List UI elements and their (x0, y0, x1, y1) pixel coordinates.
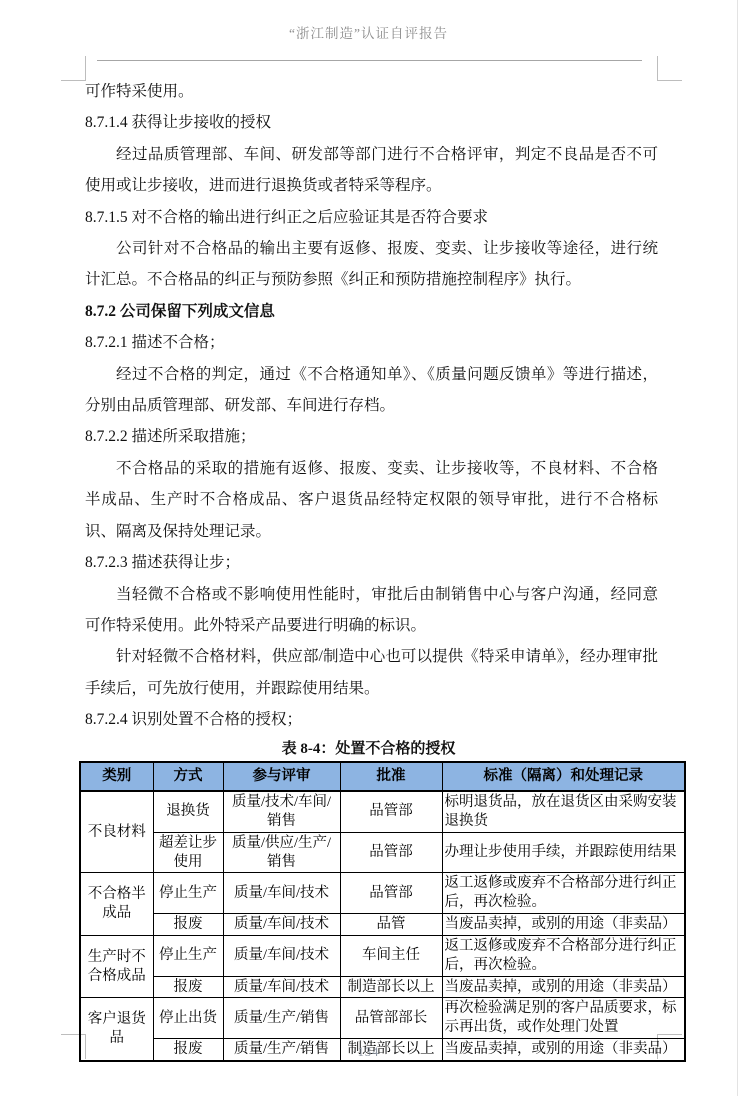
record-cell: 再次检验满足别的客户品质要求，标示再出货，或作处理门处置 (442, 998, 685, 1039)
header-cell-record: 标准（隔离）和处理记录 (442, 762, 685, 791)
section-8-7-1-5: 8.7.1.5 对不合格的输出进行纠正之后应验证其是否符合要求 (85, 202, 658, 233)
paragraph: 公司针对不合格品的输出主要有返修、报废、变卖、让步接收等途径，进行统计汇总。不合… (85, 233, 658, 296)
header-cell-approval: 批准 (340, 762, 442, 791)
table-caption: 表 8-4：处置不合格的授权 (0, 737, 737, 758)
paragraph: 可作特采使用。 (85, 76, 658, 107)
record-cell: 返工返修或废弃不合格部分进行纠正后，再次检验。 (442, 873, 685, 914)
approval-cell: 品管部部长 (340, 998, 442, 1039)
paragraph: 经过品质管理部、车间、研发部等部门进行不合格评审，判定不良品是否不可使用或让步接… (85, 139, 658, 202)
record-cell: 当废品卖掉，或别的用途（非卖品） (442, 976, 685, 998)
review-cell: 质量/车间/技术 (223, 873, 340, 914)
approval-cell: 品管部 (340, 832, 442, 873)
approval-cell: 车间主任 (340, 935, 442, 976)
table-header-row: 类别 方式 参与评审 批准 标准（隔离）和处理记录 (80, 762, 685, 791)
approval-cell: 品管部 (340, 873, 442, 914)
section-8-7-2-1: 8.7.2.1 描述不合格； (85, 327, 658, 358)
section-8-7-2-2: 8.7.2.2 描述所采取措施； (85, 421, 658, 452)
record-cell: 返工返修或废弃不合格部分进行纠正后，再次检验。 (442, 935, 685, 976)
review-cell: 质量/供应/生产/销售 (223, 832, 340, 873)
review-cell: 质量/车间/技术 (223, 935, 340, 976)
table-row: 超差让步使用 质量/供应/生产/销售 品管部 办理让步使用手续，并跟踪使用结果 (80, 832, 685, 873)
table-row: 报废 质量/车间/技术 品管 当废品卖掉，或别的用途（非卖品） (80, 914, 685, 936)
section-8-7-2-3: 8.7.2.3 描述获得让步； (85, 547, 658, 578)
paragraph: 经过不合格的判定，通过《不合格通知单》、《质量问题反馈单》等进行描述，分别由品质… (85, 359, 658, 422)
header-rule (97, 60, 642, 61)
table-row: 客户退货品 停止出货 质量/生产/销售 品管部部长 再次检验满足别的客户品质要求… (80, 998, 685, 1039)
review-cell: 质量/生产/销售 (223, 998, 340, 1039)
method-cell: 停止出货 (153, 998, 223, 1039)
disposition-authority-table: 类别 方式 参与评审 批准 标准（隔离）和处理记录 不良材料 退换货 质量/技术… (79, 761, 686, 1062)
paragraph: 针对轻微不合格材料，供应部/制造中心也可以提供《特采申请单》，经办理审批手续后，… (85, 641, 658, 704)
category-cell: 生产时不合格成品 (80, 935, 153, 998)
review-cell: 质量/车间/技术 (223, 914, 340, 936)
approval-cell: 制造部长以上 (340, 976, 442, 998)
record-cell: 标明退货品，放在退货区由采购安装退换货 (442, 791, 685, 832)
table-row: 不合格半成品 停止生产 质量/车间/技术 品管部 返工返修或废弃不合格部分进行纠… (80, 873, 685, 914)
table-row: 不良材料 退换货 质量/技术/车间/销售 品管部 标明退货品，放在退货区由采购安… (80, 791, 685, 832)
method-cell: 报废 (153, 976, 223, 998)
document-header-title: “浙江制造”认证自评报告 (0, 22, 737, 42)
category-cell: 不合格半成品 (80, 873, 153, 936)
body-text: 可作特采使用。 8.7.1.4 获得让步接收的授权 经过品质管理部、车间、研发部… (85, 76, 658, 736)
heading-8-7-2: 8.7.2 公司保留下列成文信息 (85, 296, 658, 327)
review-cell: 质量/技术/车间/销售 (223, 791, 340, 832)
approval-cell: 品管 (340, 914, 442, 936)
record-cell: 当废品卖掉，或别的用途（非卖品） (442, 914, 685, 936)
category-cell: 不良材料 (80, 791, 153, 873)
table-row: 生产时不合格成品 停止生产 质量/车间/技术 车间主任 返工返修或废弃不合格部分… (80, 935, 685, 976)
header-cell-method: 方式 (153, 762, 223, 791)
text-boundary-mark-top-left (61, 56, 86, 81)
section-8-7-1-4: 8.7.1.4 获得让步接收的授权 (85, 107, 658, 138)
method-cell: 退换货 (153, 791, 223, 832)
table-row: 报废 质量/车间/技术 制造部长以上 当废品卖掉，或别的用途（非卖品） (80, 976, 685, 998)
section-8-7-2-4: 8.7.2.4 识别处置不合格的授权； (85, 704, 658, 735)
approval-cell: 品管部 (340, 791, 442, 832)
paragraph: 不合格品的采取的措施有返修、报废、变卖、让步接收等，不良材料、不合格半成品、生产… (85, 453, 658, 547)
review-cell: 质量/车间/技术 (223, 976, 340, 998)
method-cell: 报废 (153, 914, 223, 936)
paragraph: 当轻微不合格或不影响使用性能时，审批后由制销售中心与客户沟通，经同意可作特采使用… (85, 579, 658, 642)
method-cell: 停止生产 (153, 935, 223, 976)
header-cell-category: 类别 (80, 762, 153, 791)
method-cell: 停止生产 (153, 873, 223, 914)
document-page: “浙江制造”认证自评报告 可作特采使用。 8.7.1.4 获得让步接收的授权 经… (0, 0, 738, 1096)
header-cell-review: 参与评审 (223, 762, 340, 791)
page-number: 134 (0, 1045, 737, 1060)
record-cell: 办理让步使用手续，并跟踪使用结果 (442, 832, 685, 873)
text-boundary-mark-top-right (657, 56, 682, 81)
method-cell: 超差让步使用 (153, 832, 223, 873)
